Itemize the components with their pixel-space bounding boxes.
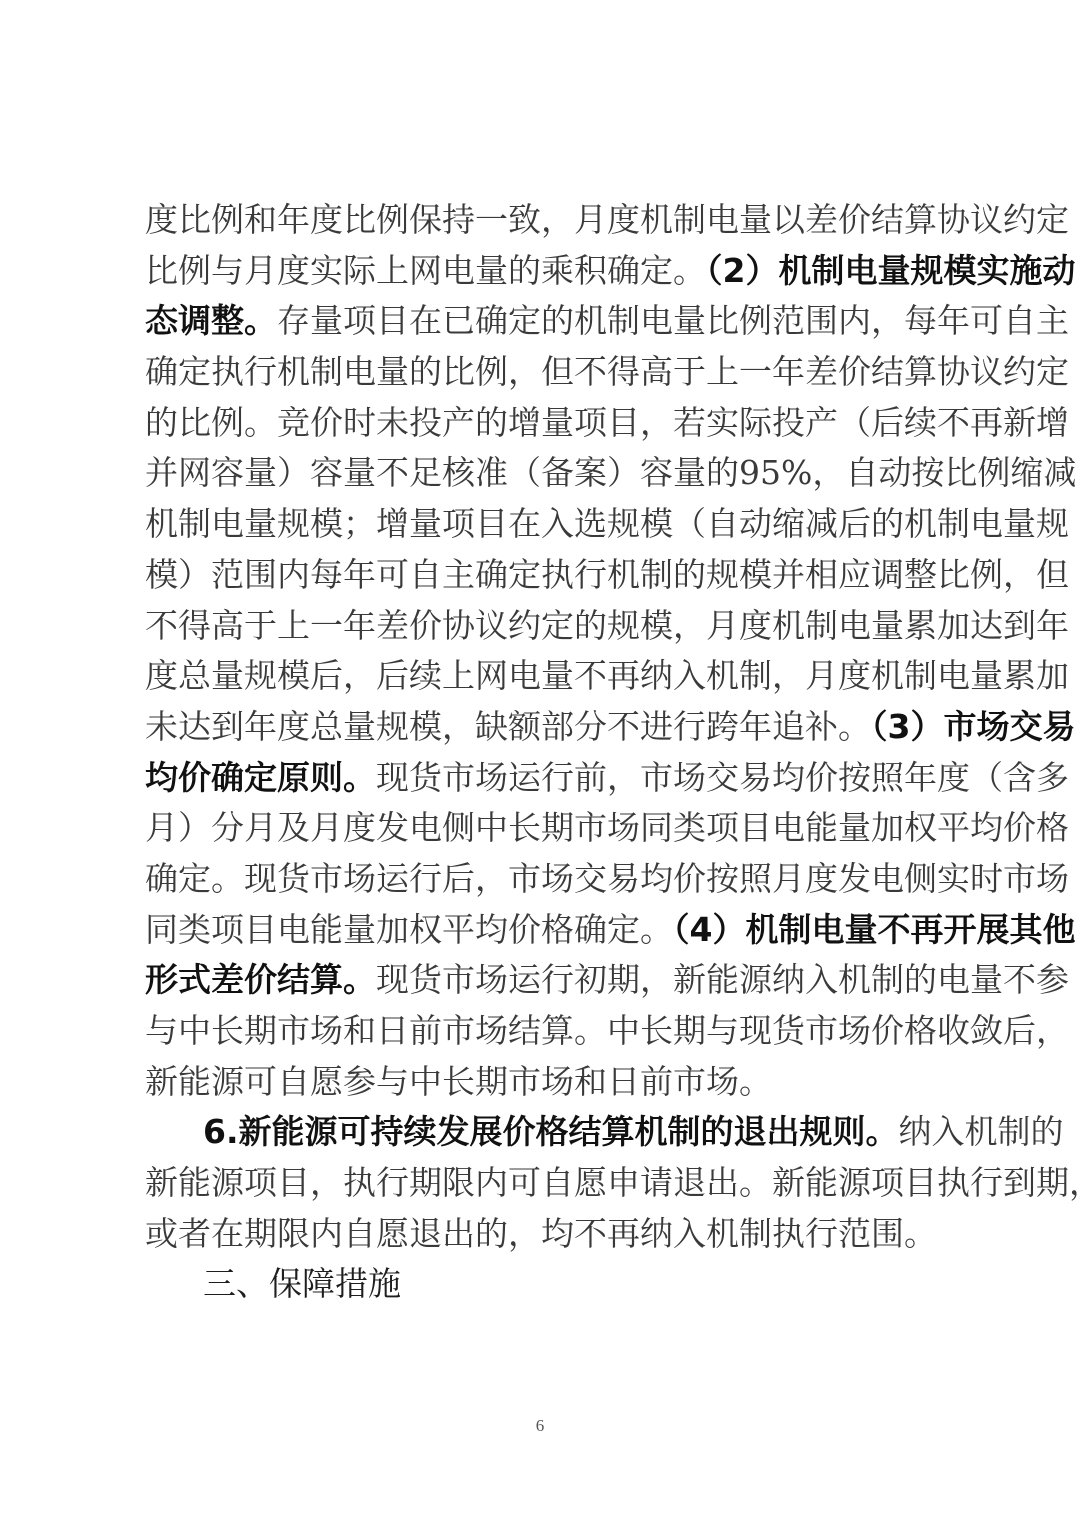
text-run: 比例与月度实际上网电量的乘积确定。: [145, 251, 706, 290]
bold-run: 均价确定原则。: [145, 758, 376, 797]
text-run: 纳入机制的: [899, 1112, 1064, 1151]
document-body: 度比例和年度比例保持一致，月度机制电量以差价结算协议约定比例与月度实际上网电量的…: [145, 195, 945, 1310]
bold-run: 6.新能源可持续发展价格结算机制的退出规则。: [203, 1112, 899, 1151]
text-run: 度比例和年度比例保持一致，月度机制电量以差价结算协议约定: [145, 200, 1069, 239]
text-line: 度总量规模后，后续上网电量不再纳入机制，月度机制电量累加: [145, 651, 945, 702]
text-line: 同类项目电能量加权平均价格确定。（4）机制电量不再开展其他: [145, 905, 945, 956]
text-line: 度比例和年度比例保持一致，月度机制电量以差价结算协议约定: [145, 195, 945, 246]
text-line: 新能源项目，执行期限内可自愿申请退出。新能源项目执行到期，: [145, 1158, 945, 1209]
text-run: 的比例。竞价时未投产的增量项目，若实际投产（后续不再新增: [145, 403, 1069, 442]
text-line: 确定。现货市场运行后，市场交易均价按照月度发电侧实时市场: [145, 854, 945, 905]
text-run: 模）范围内每年可自主确定执行机制的规模并相应调整比例，但: [145, 555, 1069, 594]
text-run: 新能源可自愿参与中长期市场和日前市场。: [145, 1062, 772, 1101]
text-run: 同类项目电能量加权平均价格确定。: [145, 910, 673, 949]
text-run: 确定执行机制电量的比例，但不得高于上一年差价结算协议约定: [145, 352, 1069, 391]
text-line: 与中长期市场和日前市场结算。中长期与现货市场价格收敛后，: [145, 1006, 945, 1057]
text-line: 6.新能源可持续发展价格结算机制的退出规则。纳入机制的: [145, 1107, 945, 1158]
text-run: 并网容量）容量不足核准（备案）容量的95%，自动按比例缩减: [145, 453, 1076, 492]
text-line: 模）范围内每年可自主确定执行机制的规模并相应调整比例，但: [145, 550, 945, 601]
text-line: 并网容量）容量不足核准（备案）容量的95%，自动按比例缩减: [145, 448, 945, 499]
text-line: 机制电量规模；增量项目在入选规模（自动缩减后的机制电量规: [145, 499, 945, 550]
text-line: 的比例。竞价时未投产的增量项目，若实际投产（后续不再新增: [145, 398, 945, 449]
text-line: 或者在期限内自愿退出的，均不再纳入机制执行范围。: [145, 1209, 945, 1260]
bold-run: 形式差价结算。: [145, 960, 376, 999]
text-run: 未达到年度总量规模，缺额部分不进行跨年追补。: [145, 707, 871, 746]
text-run: 现货市场运行初期，新能源纳入机制的电量不参: [376, 960, 1069, 999]
bold-run: （4）机制电量不再开展其他: [673, 910, 1075, 949]
text-run: 存量项目在已确定的机制电量比例范围内，每年可自主: [277, 301, 1069, 340]
text-run: 度总量规模后，后续上网电量不再纳入机制，月度机制电量累加: [145, 656, 1069, 695]
page-number: 6: [0, 1416, 1080, 1436]
text-run: 确定。现货市场运行后，市场交易均价按照月度发电侧实时市场: [145, 859, 1069, 898]
text-line: 三、保障措施: [145, 1259, 945, 1310]
text-run: 新能源项目，执行期限内可自愿申请退出。新能源项目执行到期，: [145, 1163, 1080, 1202]
document-page: 度比例和年度比例保持一致，月度机制电量以差价结算协议约定比例与月度实际上网电量的…: [0, 0, 1080, 1527]
text-run: 不得高于上一年差价协议约定的规模，月度机制电量累加达到年: [145, 606, 1069, 645]
text-line: 新能源可自愿参与中长期市场和日前市场。: [145, 1057, 945, 1108]
text-line: 比例与月度实际上网电量的乘积确定。（2）机制电量规模实施动: [145, 246, 945, 297]
bold-run: （2）机制电量规模实施动: [706, 251, 1075, 290]
text-run: 或者在期限内自愿退出的，均不再纳入机制执行范围。: [145, 1214, 937, 1253]
text-run: 机制电量规模；增量项目在入选规模（自动缩减后的机制电量规: [145, 504, 1069, 543]
text-run: 月）分月及月度发电侧中长期市场同类项目电能量加权平均价格: [145, 808, 1069, 847]
bold-run: （3）市场交易: [871, 707, 1075, 746]
text-line: 形式差价结算。现货市场运行初期，新能源纳入机制的电量不参: [145, 955, 945, 1006]
text-line: 月）分月及月度发电侧中长期市场同类项目电能量加权平均价格: [145, 803, 945, 854]
text-run: 与中长期市场和日前市场结算。中长期与现货市场价格收敛后，: [145, 1011, 1069, 1050]
bold-run: 态调整。: [145, 301, 277, 340]
text-line: 未达到年度总量规模，缺额部分不进行跨年追补。（3）市场交易: [145, 702, 945, 753]
text-line: 不得高于上一年差价协议约定的规模，月度机制电量累加达到年: [145, 601, 945, 652]
text-line: 均价确定原则。现货市场运行前，市场交易均价按照年度（含多: [145, 753, 945, 804]
section-heading: 三、保障措施: [203, 1264, 401, 1303]
text-run: 现货市场运行前，市场交易均价按照年度（含多: [376, 758, 1069, 797]
text-line: 确定执行机制电量的比例，但不得高于上一年差价结算协议约定: [145, 347, 945, 398]
text-line: 态调整。存量项目在已确定的机制电量比例范围内，每年可自主: [145, 296, 945, 347]
